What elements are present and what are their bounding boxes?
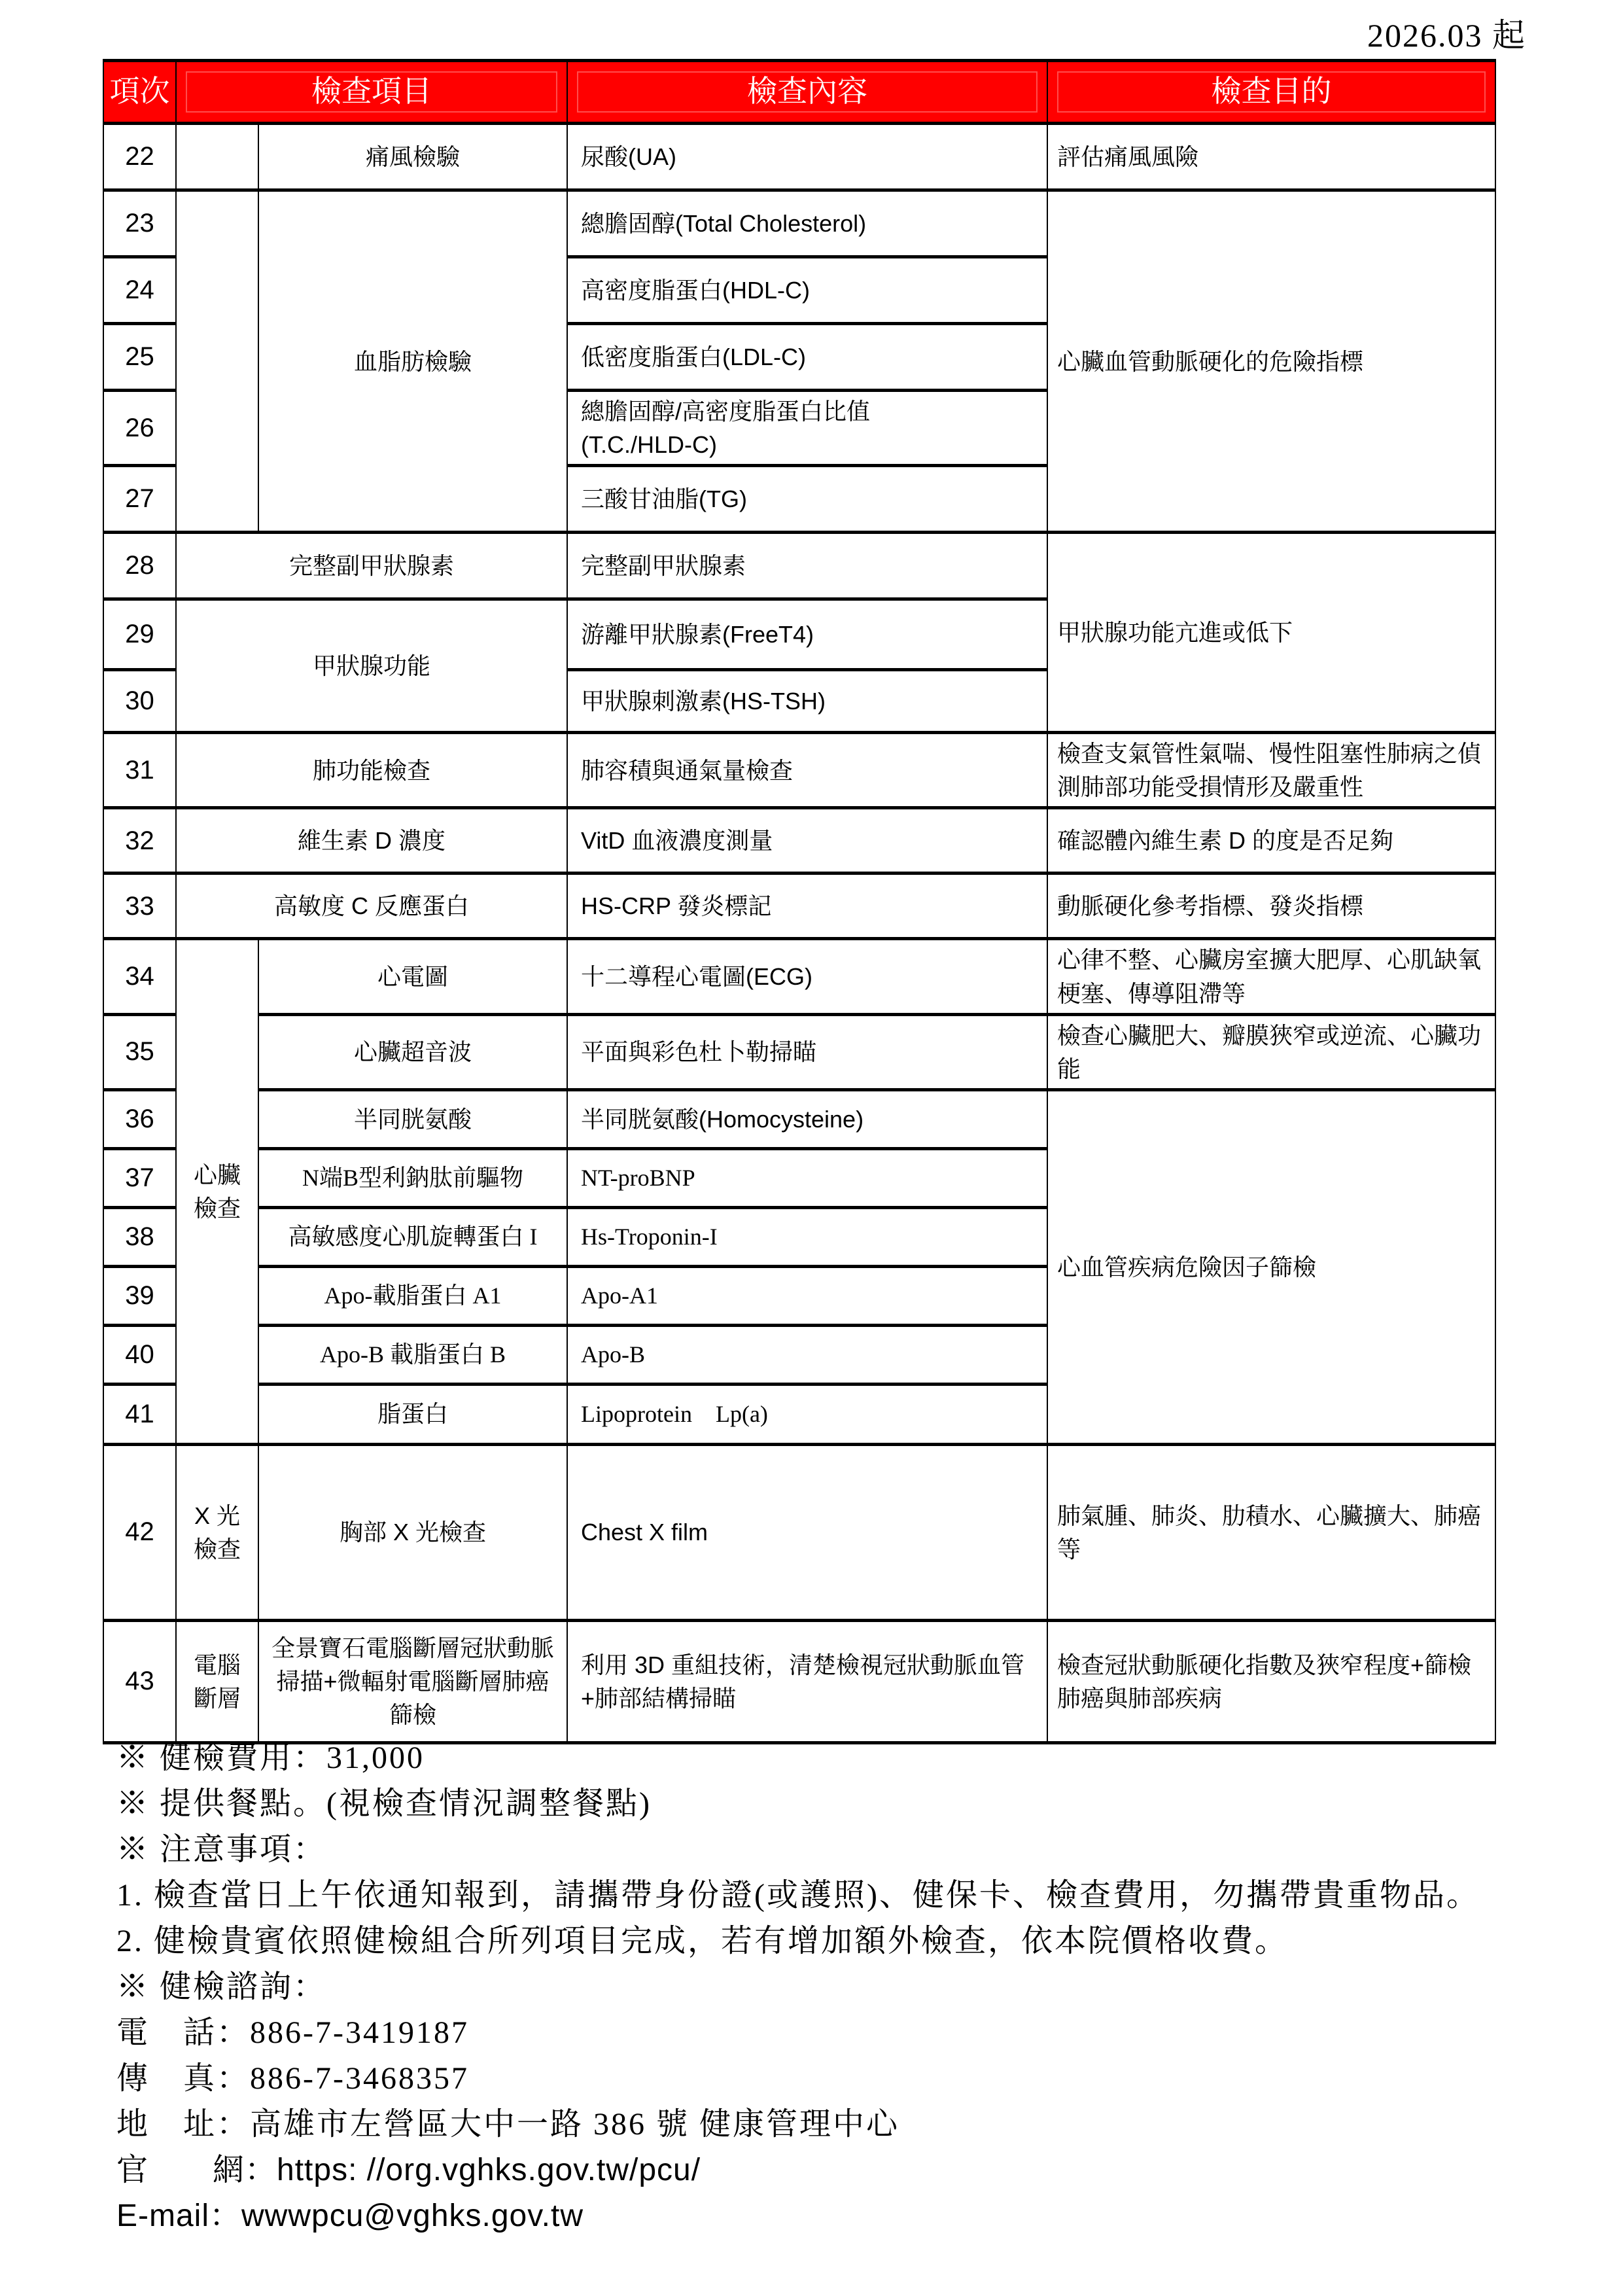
cell-content: Apo-A1	[567, 1266, 1047, 1325]
cell-content: 肺容積與通氣量檢查	[567, 733, 1047, 808]
col-header-content: 檢查內容	[567, 61, 1047, 124]
cell-content: 甲狀腺刺激素(HS-TSH)	[567, 670, 1047, 733]
table-row: 35 心臟超音波 平面與彩色杜卜勒掃瞄 檢查心臟肥大、瓣膜狹窄或逆流、心臟功能	[103, 1014, 1495, 1089]
col-header-index: 項次	[103, 61, 176, 124]
table-row: 28 完整副甲狀腺素 完整副甲狀腺素 甲狀腺功能亢進或低下	[103, 533, 1495, 599]
cell-item: 甲狀腺功能	[176, 599, 567, 733]
table-row: 23 血脂肪檢驗 總膽固醇(Total Cholesterol) 心臟血管動脈硬…	[103, 190, 1495, 257]
cell-no: 34	[103, 939, 176, 1014]
fax-line: 傳 真：886-7-3468357	[116, 2056, 1543, 2102]
cell-purpose: 檢查心臟肥大、瓣膜狹窄或逆流、心臟功能	[1047, 1014, 1495, 1089]
cell-item: Apo-載脂蛋白 A1	[258, 1266, 567, 1325]
table-row: 43 電腦 斷層 全景寶石電腦斷層冠狀動脈掃描+微輻射電腦斷層肺癌篩檢 利用 3…	[103, 1620, 1495, 1742]
cell-no: 37	[103, 1148, 176, 1207]
cell-purpose: 確認體內維生素 D 的度是否足夠	[1047, 808, 1495, 874]
cell-content: 游離甲狀腺素(FreeT4)	[567, 599, 1047, 670]
cell-no: 30	[103, 670, 176, 733]
cell-no: 36	[103, 1089, 176, 1148]
cell-content: Chest X film	[567, 1444, 1047, 1620]
website-line: 官 網：https: //org.vghks.gov.tw/pcu/	[116, 2147, 1543, 2193]
cell-content: Lipoprotein Lp(a)	[567, 1384, 1047, 1444]
cell-item: 心電圖	[258, 939, 567, 1014]
cell-purpose: 評估痛風風險	[1047, 124, 1495, 190]
revision-note: 2026.03 起	[1367, 9, 1526, 56]
cell-item: 半同胱氨酸	[258, 1089, 567, 1148]
cell-no: 40	[103, 1325, 176, 1384]
cell-group-empty	[176, 124, 258, 190]
cell-no: 25	[103, 324, 176, 391]
cell-group: X 光 檢查	[176, 1444, 258, 1620]
cell-content: 半同胱氨酸(Homocysteine)	[567, 1089, 1047, 1148]
cell-no: 39	[103, 1266, 176, 1325]
cell-no: 38	[103, 1207, 176, 1266]
cell-no: 43	[103, 1620, 176, 1742]
cell-purpose: 心血管疾病危險因子篩檢	[1047, 1089, 1495, 1444]
cell-item: 完整副甲狀腺素	[176, 533, 567, 599]
cell-group: 心臟 檢查	[176, 939, 258, 1444]
cell-content: 總膽固醇/高密度脂蛋白比值 (T.C./HLD-C)	[567, 391, 1047, 466]
cell-item: N端B型利鈉肽前驅物	[258, 1148, 567, 1207]
cell-no: 42	[103, 1444, 176, 1620]
cell-content: 總膽固醇(Total Cholesterol)	[567, 190, 1047, 257]
cell-no: 23	[103, 190, 176, 257]
cell-no: 41	[103, 1384, 176, 1444]
cell-no: 32	[103, 808, 176, 874]
cell-item: 高敏度 C 反應蛋白	[176, 874, 567, 939]
cell-content: HS-CRP 發炎標記	[567, 874, 1047, 939]
cell-item: 心臟超音波	[258, 1014, 567, 1089]
table-row: 22 痛風檢驗 尿酸(UA) 評估痛風風險	[103, 124, 1495, 190]
cell-purpose: 檢查支氣管性氣喘、慢性阻塞性肺病之偵測肺部功能受損情形及嚴重性	[1047, 733, 1495, 808]
cell-item: 脂蛋白	[258, 1384, 567, 1444]
cell-no: 33	[103, 874, 176, 939]
table-row: 33 高敏度 C 反應蛋白 HS-CRP 發炎標記 動脈硬化參考指標、發炎指標	[103, 874, 1495, 939]
table-row: 31 肺功能檢查 肺容積與通氣量檢查 檢查支氣管性氣喘、慢性阻塞性肺病之偵測肺部…	[103, 733, 1495, 808]
cell-purpose: 心律不整、心臟房室擴大肥厚、心肌缺氧梗塞、傳導阻滯等	[1047, 939, 1495, 1014]
cell-no: 28	[103, 533, 176, 599]
table-header-row: 項次 檢查項目 檢查內容 檢查目的	[103, 61, 1495, 124]
cell-item: 肺功能檢查	[176, 733, 567, 808]
cell-content: 三酸甘油脂(TG)	[567, 466, 1047, 533]
cell-content: 完整副甲狀腺素	[567, 533, 1047, 599]
cell-content: 十二導程心電圖(ECG)	[567, 939, 1047, 1014]
fee-note: ※ 健檢費用：31,000	[116, 1735, 1543, 1781]
cell-content: NT-proBNP	[567, 1148, 1047, 1207]
cell-content: 利用 3D 重組技術，清楚檢視冠狀動脈血管+肺部結構掃瞄	[567, 1620, 1047, 1742]
cell-item: 胸部 X 光檢查	[258, 1444, 567, 1620]
col-header-purpose-label: 檢查目的	[1212, 75, 1332, 108]
note-item-2: 2. 健檢貴賓依照健檢組合所列項目完成，若有增加額外檢查，依本院價格收費。	[116, 1918, 1543, 1964]
cell-purpose: 心臟血管動脈硬化的危險指標	[1047, 190, 1495, 533]
cell-content: Hs-Troponin-I	[567, 1207, 1047, 1266]
exam-table: 項次 檢查項目 檢查內容 檢查目的 22 痛風檢驗 尿酸(UA) 評估痛風風險 …	[103, 59, 1496, 1744]
address-line: 地 址：高雄市左營區大中一路 386 號 健康管理中心	[116, 2102, 1543, 2147]
meal-note: ※ 提供餐點。(視檢查情況調整餐點)	[116, 1781, 1543, 1827]
email-line: E-mail：wwwpcu@vghks.gov.tw	[116, 2193, 1543, 2239]
cell-purpose: 甲狀腺功能亢進或低下	[1047, 533, 1495, 733]
exam-table-container: 項次 檢查項目 檢查內容 檢查目的 22 痛風檢驗 尿酸(UA) 評估痛風風險 …	[103, 59, 1496, 1744]
cell-purpose: 檢查冠狀動脈硬化指數及狹窄程度+篩檢肺癌與肺部疾病	[1047, 1620, 1495, 1742]
cell-no: 31	[103, 733, 176, 808]
cell-content: 平面與彩色杜卜勒掃瞄	[567, 1014, 1047, 1089]
col-header-item: 檢查項目	[176, 61, 567, 124]
cell-group-empty	[176, 190, 258, 533]
cell-content: 低密度脂蛋白(LDL-C)	[567, 324, 1047, 391]
cell-purpose: 動脈硬化參考指標、發炎指標	[1047, 874, 1495, 939]
table-row: 34 心臟 檢查 心電圖 十二導程心電圖(ECG) 心律不整、心臟房室擴大肥厚、…	[103, 939, 1495, 1014]
note-item-1: 1. 檢查當日上午依通知報到，請攜帶身份證(或護照)、健保卡、檢查費用，勿攜帶貴…	[116, 1873, 1543, 1918]
footer-notes: ※ 健檢費用：31,000 ※ 提供餐點。(視檢查情況調整餐點) ※ 注意事項：…	[116, 1735, 1543, 2239]
cell-item: 高敏感度心肌旋轉蛋白 I	[258, 1207, 567, 1266]
table-row: 42 X 光 檢查 胸部 X 光檢查 Chest X film 肺氣腫、肺炎、肋…	[103, 1444, 1495, 1620]
cell-no: 24	[103, 257, 176, 324]
col-header-item-label: 檢查項目	[311, 75, 432, 108]
cell-content: 尿酸(UA)	[567, 124, 1047, 190]
col-header-content-label: 檢查內容	[747, 75, 867, 108]
cell-content: Apo-B	[567, 1325, 1047, 1384]
cell-group: 電腦 斷層	[176, 1620, 258, 1742]
cell-content: VitD 血液濃度測量	[567, 808, 1047, 874]
consult-title: ※ 健檢諮詢：	[116, 1964, 1543, 2010]
cell-item: 血脂肪檢驗	[258, 190, 567, 533]
cell-no: 22	[103, 124, 176, 190]
table-row: 32 維生素 D 濃度 VitD 血液濃度測量 確認體內維生素 D 的度是否足夠	[103, 808, 1495, 874]
cell-item: 全景寶石電腦斷層冠狀動脈掃描+微輻射電腦斷層肺癌篩檢	[258, 1620, 567, 1742]
cell-content: 高密度脂蛋白(HDL-C)	[567, 257, 1047, 324]
cell-no: 26	[103, 391, 176, 466]
cell-no: 27	[103, 466, 176, 533]
cell-item: 維生素 D 濃度	[176, 808, 567, 874]
cell-no: 29	[103, 599, 176, 670]
cell-item: Apo-B 載脂蛋白 B	[258, 1325, 567, 1384]
cell-item: 痛風檢驗	[258, 124, 567, 190]
col-header-purpose: 檢查目的	[1047, 61, 1495, 124]
phone-line: 電 話：886-7-3419187	[116, 2010, 1543, 2056]
notes-title: ※ 注意事項：	[116, 1827, 1543, 1873]
cell-no: 35	[103, 1014, 176, 1089]
table-row: 36 半同胱氨酸 半同胱氨酸(Homocysteine) 心血管疾病危險因子篩檢	[103, 1089, 1495, 1148]
cell-purpose: 肺氣腫、肺炎、肋積水、心臟擴大、肺癌等	[1047, 1444, 1495, 1620]
